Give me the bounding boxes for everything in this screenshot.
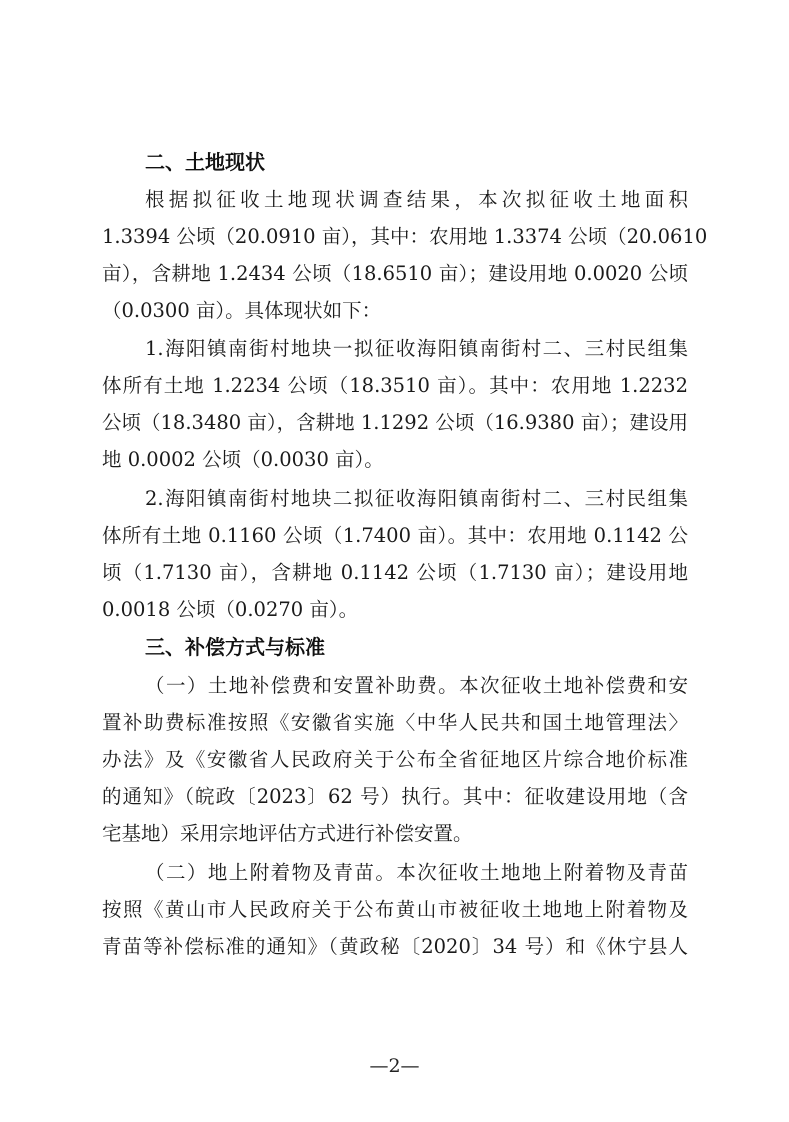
- paragraph-line: 按照《黄山市人民政府关于公布黄山市被征收土地地上附着物及: [102, 895, 688, 925]
- paragraph-line: 体所有土地 0.1160 公顷（1.7400 亩）。其中：农用地 0.1142 …: [102, 521, 688, 551]
- paragraph-line: （0.0300 亩）。具体现状如下：: [102, 296, 688, 326]
- section-heading-compensation: 三、补偿方式与标准: [145, 631, 325, 663]
- paragraph-line: 置补助费标准按照《安徽省实施〈中华人民共和国土地管理法〉: [102, 708, 688, 738]
- paragraph-line: 青苗等补偿标准的通知》（黄政秘〔2020〕34 号）和《休宁县人: [102, 932, 688, 962]
- paragraph-line: 体所有土地 1.2234 公顷（18.3510 亩）。其中：农用地 1.2232: [102, 371, 688, 401]
- paragraph-line: 1.海阳镇南街村地块一拟征收海阳镇南街村二、三村民组集: [145, 334, 688, 364]
- paragraph-line: 1.3394 公顷（20.0910 亩），其中：农用地 1.3374 公顷（20…: [102, 222, 688, 252]
- paragraph-line: 顷（1.7130 亩），含耕地 0.1142 公顷（1.7130 亩）；建设用地: [102, 558, 688, 588]
- paragraph-line: 的通知》（皖政〔2023〕62 号）执行。其中：征收建设用地（含: [102, 782, 688, 812]
- paragraph-line: 0.0018 公顷（0.0270 亩）。: [102, 595, 688, 625]
- paragraph-line: 亩），含耕地 1.2434 公顷（18.6510 亩）；建设用地 0.0020 …: [102, 259, 688, 289]
- paragraph-line: 根据拟征收土地现状调查结果，本次拟征收土地面积: [145, 185, 688, 215]
- paragraph-line: （一）土地补偿费和安置补助费。本次征收土地补偿费和安: [145, 671, 688, 701]
- paragraph-line: 公顷（18.3480 亩），含耕地 1.1292 公顷（16.9380 亩）；建…: [102, 408, 688, 438]
- document-page: 二、土地现状 根据拟征收土地现状调查结果，本次拟征收土地面积 1.3394 公顷…: [0, 0, 789, 1122]
- paragraph-line: 宅基地）采用宗地评估方式进行补偿安置。: [102, 819, 688, 849]
- section-heading-land-status: 二、土地现状: [145, 146, 265, 178]
- page-number: —2—: [0, 1052, 789, 1080]
- paragraph-line: 地 0.0002 公顷（0.0030 亩）。: [102, 445, 688, 475]
- paragraph-line: 2.海阳镇南街村地块二拟征收海阳镇南街村二、三村民组集: [145, 484, 688, 514]
- paragraph-line: （二）地上附着物及青苗。本次征收土地地上附着物及青苗: [145, 858, 688, 888]
- paragraph-line: 办法》及《安徽省人民政府关于公布全省征地区片综合地价标准: [102, 745, 688, 775]
